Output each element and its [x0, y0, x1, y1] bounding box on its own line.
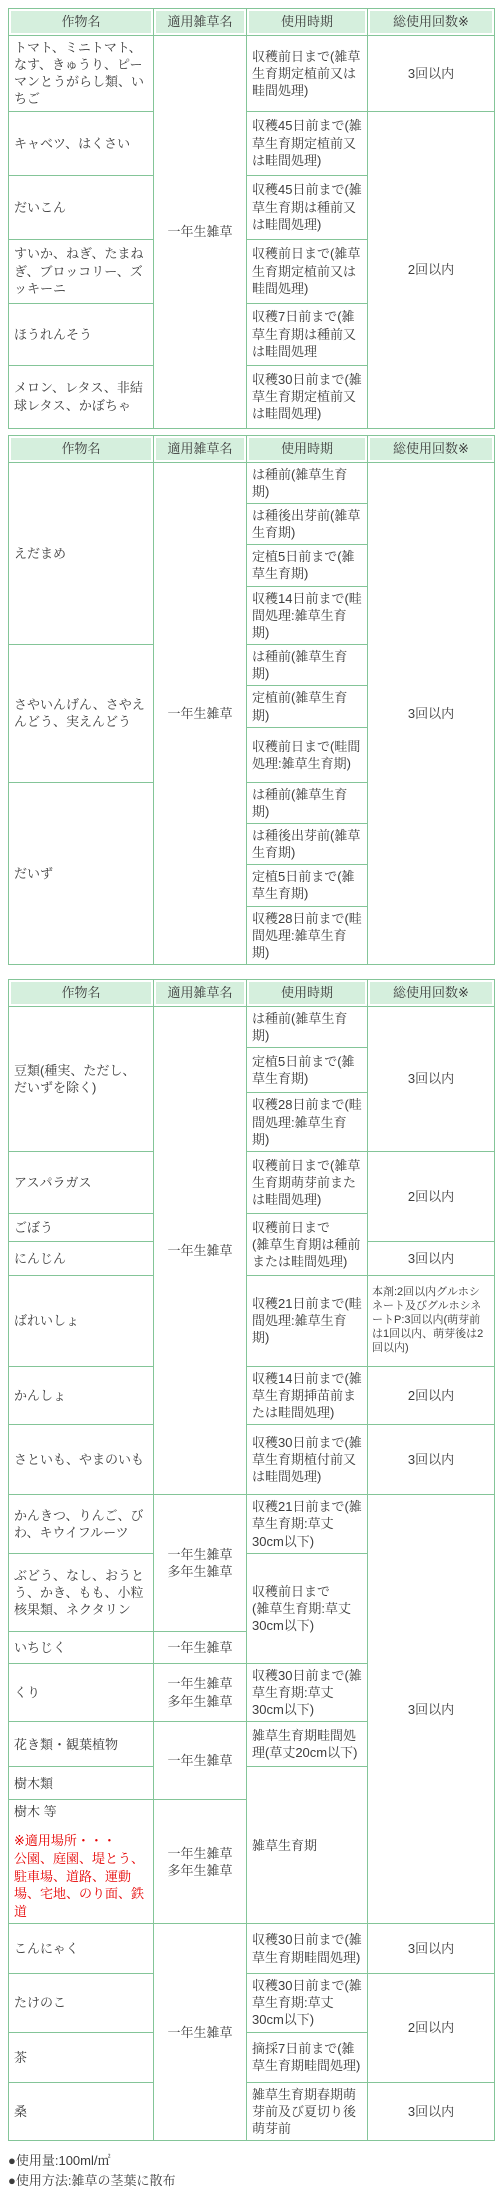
weed-cell: 一年生雑草 [154, 1631, 247, 1663]
period-cell: 収穫7日前まで(雑草生育期は種前又は畦間処理 [247, 303, 368, 365]
count-cell: 3回以内 [368, 1924, 495, 1974]
crop-cell: いちじく [9, 1631, 154, 1663]
count-cell: 本剤:2回以内グルホシネート及びグルホシネートP:3回以内(萌芽前は1回以内、萌… [368, 1275, 495, 1366]
col-header-period: 使用時期 [247, 980, 368, 1007]
period-cell: 収穫45日前まで(雑草生育期定植前又は畦間処理) [247, 111, 368, 175]
col-header-crop: 作物名 [9, 435, 154, 462]
period-cell: は種前(雑草生育期) [247, 462, 368, 503]
crop-cell: ごぼう [9, 1213, 154, 1241]
crop-cell: さといも、やまのいも [9, 1425, 154, 1495]
weed-cell: 一年生雑草 [154, 36, 247, 429]
weed-cell: 一年生雑草 多年生雑草 [154, 1800, 247, 1924]
period-cell: 収穫前日まで(雑草生育期萌芽前または畦間処理) [247, 1151, 368, 1213]
period-cell: 雑草生育期 [247, 1767, 368, 1924]
crop-cell: 豆類(種実、ただし、だいずを除く) [9, 1007, 154, 1152]
table-row: キャベツ、はくさい 収穫45日前まで(雑草生育期定植前又は畦間処理) 2回以内 [9, 111, 495, 175]
table-row: 豆類(種実、ただし、だいずを除く) 一年生雑草 は種前(雑草生育期) 3回以内 [9, 1007, 495, 1048]
usage-table-vegetables: 作物名 適用雑草名 使用時期 総使用回数※ トマト、ミニトマト、なす、きゅうり、… [8, 8, 495, 429]
usage-table-others: 作物名 適用雑草名 使用時期 総使用回数※ 豆類(種実、ただし、だいずを除く) … [8, 979, 495, 2141]
crop-cell: 茶 [9, 2032, 154, 2082]
count-cell: 3回以内 [368, 2082, 495, 2140]
period-cell: 収穫前日まで (雑草生育期は種前または畦間処理) [247, 1213, 368, 1275]
footer-notes: ●使用量:100ml/㎡ ●使用方法:雑草の茎葉に散布 [8, 2151, 492, 2190]
weed-cell: 一年生雑草 多年生雑草 [154, 1663, 247, 1721]
col-header-count: 総使用回数※ [368, 9, 495, 36]
page: { "headers": { "crop": "作物名", "weed": "適… [0, 0, 500, 2020]
period-cell: 収穫28日前まで(畦間処理:雑草生育期) [247, 906, 368, 964]
period-cell: 収穫21日前まで(雑草生育期:草丈30cm以下) [247, 1495, 368, 1553]
col-header-weed: 適用雑草名 [154, 435, 247, 462]
col-header-weed: 適用雑草名 [154, 9, 247, 36]
table-row: 桑 雑草生育期春期萌芽前及び夏切り後萌芽前 3回以内 [9, 2082, 495, 2140]
crop-cell: さやいんげん、さやえんどう、実えんどう [9, 645, 154, 783]
col-header-weed: 適用雑草名 [154, 980, 247, 1007]
period-cell: 定植前(雑草生育期) [247, 686, 368, 727]
crop-cell: 花き類・観葉植物 [9, 1722, 154, 1767]
count-cell: 2回以内 [368, 1366, 495, 1424]
period-cell: 収穫30日前まで(雑草生育期:草丈30cm以下) [247, 1663, 368, 1721]
crop-cell: アスパラガス [9, 1151, 154, 1213]
col-header-period: 使用時期 [247, 9, 368, 36]
period-cell: 収穫前日まで(畦間処理:雑草生育期) [247, 727, 368, 782]
period-cell: 定植5日前まで(雑草生育期) [247, 865, 368, 906]
table-header-row: 作物名 適用雑草名 使用時期 総使用回数※ [9, 980, 495, 1007]
table-row: かんしょ 収穫14日前まで(雑草生育期挿苗前または畦間処理) 2回以内 [9, 1366, 495, 1424]
period-cell: 雑草生育期春期萌芽前及び夏切り後萌芽前 [247, 2082, 368, 2140]
table-row: えだまめ 一年生雑草 は種前(雑草生育期) 3回以内 [9, 462, 495, 503]
period-cell: は種前(雑草生育期) [247, 782, 368, 823]
count-cell: 3回以内 [368, 1007, 495, 1152]
period-cell: 摘採7日前まで(雑草生育期畦間処理) [247, 2032, 368, 2082]
crop-cell: すいか、ねぎ、たまねぎ、ブロッコリー、ズッキーニ [9, 239, 154, 303]
period-cell: 収穫28日前まで(畦間処理:雑草生育期) [247, 1093, 368, 1151]
period-cell: 収穫14日前まで(畦間処理:雑草生育期) [247, 586, 368, 644]
crop-cell: メロン、レタス、非結球レタス、かぼちゃ [9, 365, 154, 428]
period-cell: 収穫30日前まで(雑草生育期畦間処理) [247, 1924, 368, 1974]
period-cell: 収穫30日前まで(雑草生育期植付前又は畦間処理) [247, 1425, 368, 1495]
weed-cell: 一年生雑草 多年生雑草 [154, 1495, 247, 1631]
col-header-period: 使用時期 [247, 435, 368, 462]
crop-cell: かんきつ、りんご、びわ、キウイフルーツ [9, 1495, 154, 1553]
crop-cell: だいず [9, 782, 154, 964]
col-header-count: 総使用回数※ [368, 980, 495, 1007]
crop-cell: たけのこ [9, 1974, 154, 2032]
table-row: こんにゃく 一年生雑草 収穫30日前まで(雑草生育期畦間処理) 3回以内 [9, 1924, 495, 1974]
col-header-crop: 作物名 [9, 9, 154, 36]
period-cell: 収穫前日まで(雑草生育期定植前又は畦間処理) [247, 36, 368, 112]
table-row: トマト、ミニトマト、なす、きゅうり、ピーマンとうがらし類、いちご 一年生雑草 収… [9, 36, 495, 112]
period-cell: 収穫前日まで (雑草生育期:草丈30cm以下) [247, 1553, 368, 1663]
crop-cell: 樹木類 [9, 1767, 154, 1800]
period-cell: 収穫21日前まで(畦間処理:雑草生育期) [247, 1275, 368, 1366]
period-cell: は種前(雑草生育期) [247, 1007, 368, 1048]
weed-cell: 一年生雑草 [154, 1924, 247, 2141]
crop-cell: にんじん [9, 1241, 154, 1275]
crop-cell: キャベツ、はくさい [9, 111, 154, 175]
crop-cell: トマト、ミニトマト、なす、きゅうり、ピーマンとうがらし類、いちご [9, 36, 154, 112]
count-cell: 3回以内 [368, 1425, 495, 1495]
usage-amount-note: ●使用量:100ml/㎡ [8, 2151, 492, 2171]
count-cell: 3回以内 [368, 36, 495, 112]
count-cell: 2回以内 [368, 1151, 495, 1241]
crop-cell: こんにゃく [9, 1924, 154, 1974]
period-cell: 収穫前日まで(雑草生育期定植前又は畦間処理) [247, 239, 368, 303]
period-cell: 収穫14日前まで(雑草生育期挿苗前または畦間処理) [247, 1366, 368, 1424]
period-cell: 定植5日前まで(雑草生育期) [247, 1048, 368, 1093]
crop-cell: くり [9, 1663, 154, 1721]
period-cell: 収穫30日前まで(雑草生育期定植前又は畦間処理) [247, 365, 368, 428]
weed-cell: 一年生雑草 [154, 1007, 247, 1495]
period-cell: 雑草生育期畦間処理(草丈20cm以下) [247, 1722, 368, 1767]
crop-cell: えだまめ [9, 462, 154, 644]
period-cell: 定植5日前まで(雑草生育期) [247, 545, 368, 586]
col-header-count: 総使用回数※ [368, 435, 495, 462]
crop-cell: ぶどう、なし、おうとう、かき、もも、小粒核果類、ネクタリン [9, 1553, 154, 1631]
usage-table-beans: 作物名 適用雑草名 使用時期 総使用回数※ えだまめ 一年生雑草 は種前(雑草生… [8, 435, 495, 965]
weed-cell: 一年生雑草 [154, 462, 247, 964]
count-cell: 3回以内 [368, 462, 495, 964]
crop-cell: かんしょ [9, 1366, 154, 1424]
table-header-row: 作物名 適用雑草名 使用時期 総使用回数※ [9, 435, 495, 462]
crop-cell: ほうれんそう [9, 303, 154, 365]
table-row: ばれいしょ 収穫21日前まで(畦間処理:雑草生育期) 本剤:2回以内グルホシネー… [9, 1275, 495, 1366]
crop-label: 樹木 等 [14, 1804, 57, 1819]
period-cell: 収穫30日前まで(雑草生育期:草丈30cm以下) [247, 1974, 368, 2032]
crop-cell: ばれいしょ [9, 1275, 154, 1366]
count-cell: 3回以内 [368, 1495, 495, 1924]
table-header-row: 作物名 適用雑草名 使用時期 総使用回数※ [9, 9, 495, 36]
count-cell: 2回以内 [368, 111, 495, 428]
application-sites-note: ※適用場所・・・ 公園、庭園、堤とう、駐車場、道路、運動場、宅地、のり面、鉄道 [14, 1832, 148, 1920]
period-cell: は種後出芽前(雑草生育期) [247, 823, 368, 864]
table-row: たけのこ 収穫30日前まで(雑草生育期:草丈30cm以下) 2回以内 [9, 1974, 495, 2032]
count-cell: 2回以内 [368, 1974, 495, 2082]
crop-cell: 桑 [9, 2082, 154, 2140]
table-row: さといも、やまのいも 収穫30日前まで(雑草生育期植付前又は畦間処理) 3回以内 [9, 1425, 495, 1495]
table-row: アスパラガス 収穫前日まで(雑草生育期萌芽前または畦間処理) 2回以内 [9, 1151, 495, 1213]
count-cell: 3回以内 [368, 1241, 495, 1275]
usage-method-note: ●使用方法:雑草の茎葉に散布 [8, 2171, 492, 2190]
weed-cell: 一年生雑草 [154, 1722, 247, 1800]
period-cell: は種前(雑草生育期) [247, 645, 368, 686]
period-cell: 収穫45日前まで(雑草生育期は種前又は畦間処理) [247, 175, 368, 239]
table-row: かんきつ、りんご、びわ、キウイフルーツ 一年生雑草 多年生雑草 収穫21日前まで… [9, 1495, 495, 1553]
crop-cell: だいこん [9, 175, 154, 239]
period-cell: は種後出芽前(雑草生育期) [247, 503, 368, 544]
col-header-crop: 作物名 [9, 980, 154, 1007]
crop-cell: 樹木 等 ※適用場所・・・ 公園、庭園、堤とう、駐車場、道路、運動場、宅地、のり… [9, 1800, 154, 1924]
